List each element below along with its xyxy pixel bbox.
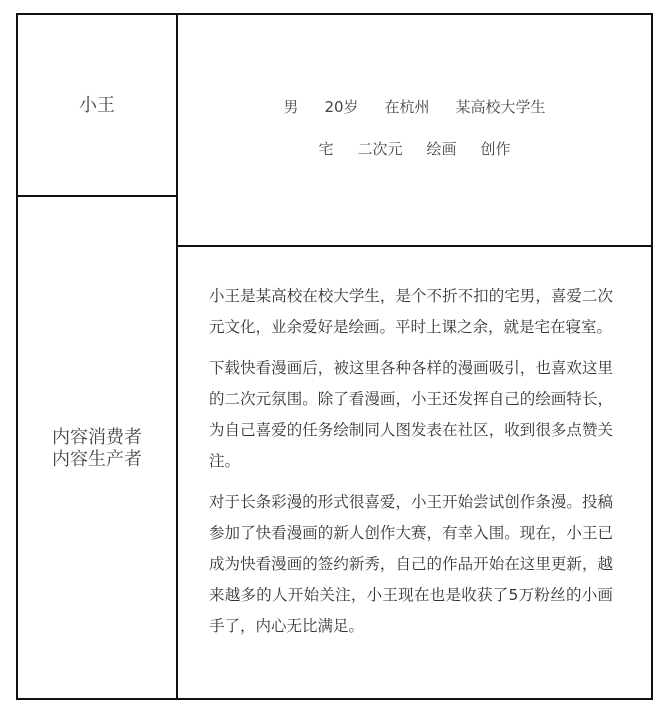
tag-age: 20岁	[324, 96, 358, 117]
story-paragraph-3: 对于长条彩漫的形式很喜爱，小王开始尝试创作条漫。投稿参加了快看漫画的新人创作大赛…	[209, 487, 613, 642]
tag-drawing: 绘画	[427, 138, 457, 159]
interest-tags: 宅 二次元 绘画 创作	[306, 138, 522, 159]
tag-location: 在杭州	[385, 96, 430, 117]
persona-story-cell: 小王是某高校在校大学生，是个不折不扣的宅男，喜爱二次元文化，业余爱好是绘画。平时…	[178, 247, 651, 698]
tag-gender: 男	[283, 96, 298, 117]
story-paragraph-1: 小王是某高校在校大学生，是个不折不扣的宅男，喜爱二次元文化，业余爱好是绘画。平时…	[209, 281, 613, 343]
persona-table: 小王 内容消费者 内容生产者 男 20岁 在杭州 某高校大学生 宅 二次元 绘画…	[16, 13, 653, 700]
persona-role-consumer: 内容消费者	[52, 427, 142, 449]
tag-creation: 创作	[481, 138, 511, 159]
tag-acg: 二次元	[357, 138, 402, 159]
persona-tags-cell: 男 20岁 在杭州 某高校大学生 宅 二次元 绘画 创作	[178, 15, 651, 245]
persona-role-cell: 内容消费者 内容生产者	[18, 197, 176, 700]
persona-role-producer: 内容生产者	[52, 449, 142, 471]
tag-occupation: 某高校大学生	[456, 96, 546, 117]
demographic-tags: 男 20岁 在杭州 某高校大学生	[270, 96, 558, 117]
persona-name: 小王	[79, 91, 115, 117]
story-paragraph-2: 下载快看漫画后，被这里各种各样的漫画吸引，也喜欢这里的二次元氛围。除了看漫画，小…	[209, 353, 613, 477]
persona-name-cell: 小王	[18, 15, 176, 195]
tag-otaku: 宅	[318, 138, 333, 159]
